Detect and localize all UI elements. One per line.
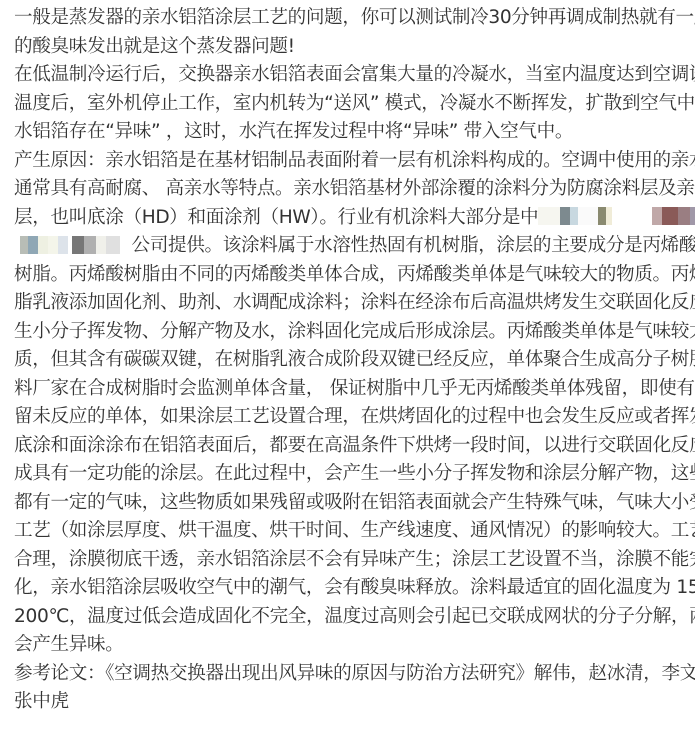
text-line: 200℃，温度过低会造成固化不完全，温度过高则会引起已交联成网状的分子分解，两者… [14,603,684,632]
text-line: 树脂。丙烯酸树脂由不同的丙烯酸类单体合成，丙烯酸类单体是气味较大的物质。丙烯酸树 [14,261,684,290]
text-line: 水铝箔存在“异味” ，这时，水汽在挥发过程中将“异味” 带入空气中。 [14,118,684,147]
text-line: 底涂和面涂涂布在铝箔表面后，都要在高温条件下烘烤一段时间，以进行交联固化反应，形 [14,432,684,461]
explanation-paragraph: 在低温制冷运行后，交换器亲水铝箔表面会富集大量的冷凝水，当室内温度达到空调设定的… [14,61,684,147]
text-line: 的酸臭味发出就是这个蒸发器问题! [14,33,684,62]
text-line: 产生原因：亲水铝箔是在基材铝制品表面附着一层有机涂料构成的。空调中使用的亲水铝箔 [14,147,684,176]
text-line: 成具有一定功能的涂层。在此过程中，会产生一些小分子挥发物和涂层分解产物，这些物质 [14,460,684,489]
reference-citation: 参考论文：《空调热交换器出现出风异味的原因与防治方法研究》解伟，赵冰清，李文涛， [14,660,684,689]
reference-author: 张中虎 [14,688,684,717]
text-line: 留未反应的单体，如果涂层工艺设置合理，在烘烤固化的过程中也会发生反应或者挥发掉。 [14,403,684,432]
text-line: 料厂家在合成树脂时会监测单体含量， 保证树脂中几乎无丙烯酸类单体残留，即使有少量… [14,375,684,404]
cause-paragraph: 产生原因：亲水铝箔是在基材铝制品表面附着一层有机涂料构成的。空调中使用的亲水铝箔… [14,147,684,660]
text-line: 通常具有高耐腐、 高亲水等特点。亲水铝箔基材外部涂覆的涂料分为防腐涂料层及亲水涂… [14,175,684,204]
text-line: 都有一定的气味，这些物质如果残留或吸附在铝箔表面就会产生特殊气味，气味大小受涂层 [14,489,684,518]
intro-paragraph: 一般是蒸发器的亲水铝箔涂层工艺的问题，你可以测试制冷30分钟再调成制热就有一股很… [14,4,684,61]
text-segment: 层，也叫底涂（HD）和面涂剂（HW）。行业有机涂料大部分是中 [14,207,538,228]
text-line: 会产生异味。 [14,631,684,660]
text-line-with-redaction: 公司提供。该涂料属于水溶性热固有机树脂，涂层的主要成分是丙烯酸 [14,232,684,261]
article-body: 一般是蒸发器的亲水铝箔涂层工艺的问题，你可以测试制冷30分钟再调成制热就有一股很… [14,4,684,717]
text-line: 脂乳液添加固化剂、助剂、水调配成涂料；涂料在经涂布后高温烘烤发生交联固化反应，产 [14,289,684,318]
reference-paragraph: 参考论文：《空调热交换器出现出风异味的原因与防治方法研究》解伟，赵冰清，李文涛，… [14,660,684,717]
text-line: 在低温制冷运行后，交换器亲水铝箔表面会富集大量的冷凝水，当室内温度达到空调设定的 [14,61,684,90]
text-segment: 公司提供。该涂料属于水溶性热固有机树脂，涂层的主要成分是丙烯酸 [126,235,695,256]
text-line: 化，亲水铝箔涂层吸收空气中的潮气，会有酸臭味释放。涂料最适宜的固化温度为 150… [14,574,684,603]
text-line: 质，但其含有碳碳双键，在树脂乳液合成阶段双键已经反应，单体聚合生成高分子树脂。涂 [14,346,684,375]
text-line: 温度后，室外机停止工作，室内机转为“送风” 模式，冷凝水不断挥发，扩散到空气中。… [14,90,684,119]
text-line: 生小分子挥发物、分解产物及水，涂料固化完成后形成涂层。丙烯酸类单体是气味较大的物 [14,318,684,347]
text-line: 一般是蒸发器的亲水铝箔涂层工艺的问题，你可以测试制冷30分钟再调成制热就有一股很… [14,4,684,33]
redacted-company-name-blur [14,235,126,253]
redacted-company-name-blur [538,206,695,224]
text-line: 合理，涂膜彻底干透，亲水铝箔涂层不会有异味产生；涂层工艺设置不当，涂膜不能完全固 [14,546,684,575]
text-line-with-redaction: 层，也叫底涂（HD）和面涂剂（HW）。行业有机涂料大部分是中 司、 [14,204,684,233]
text-line: 工艺（如涂层厚度、烘干温度、烘干时间、生产线速度、通风情况）的影响较大。工艺设置 [14,517,684,546]
